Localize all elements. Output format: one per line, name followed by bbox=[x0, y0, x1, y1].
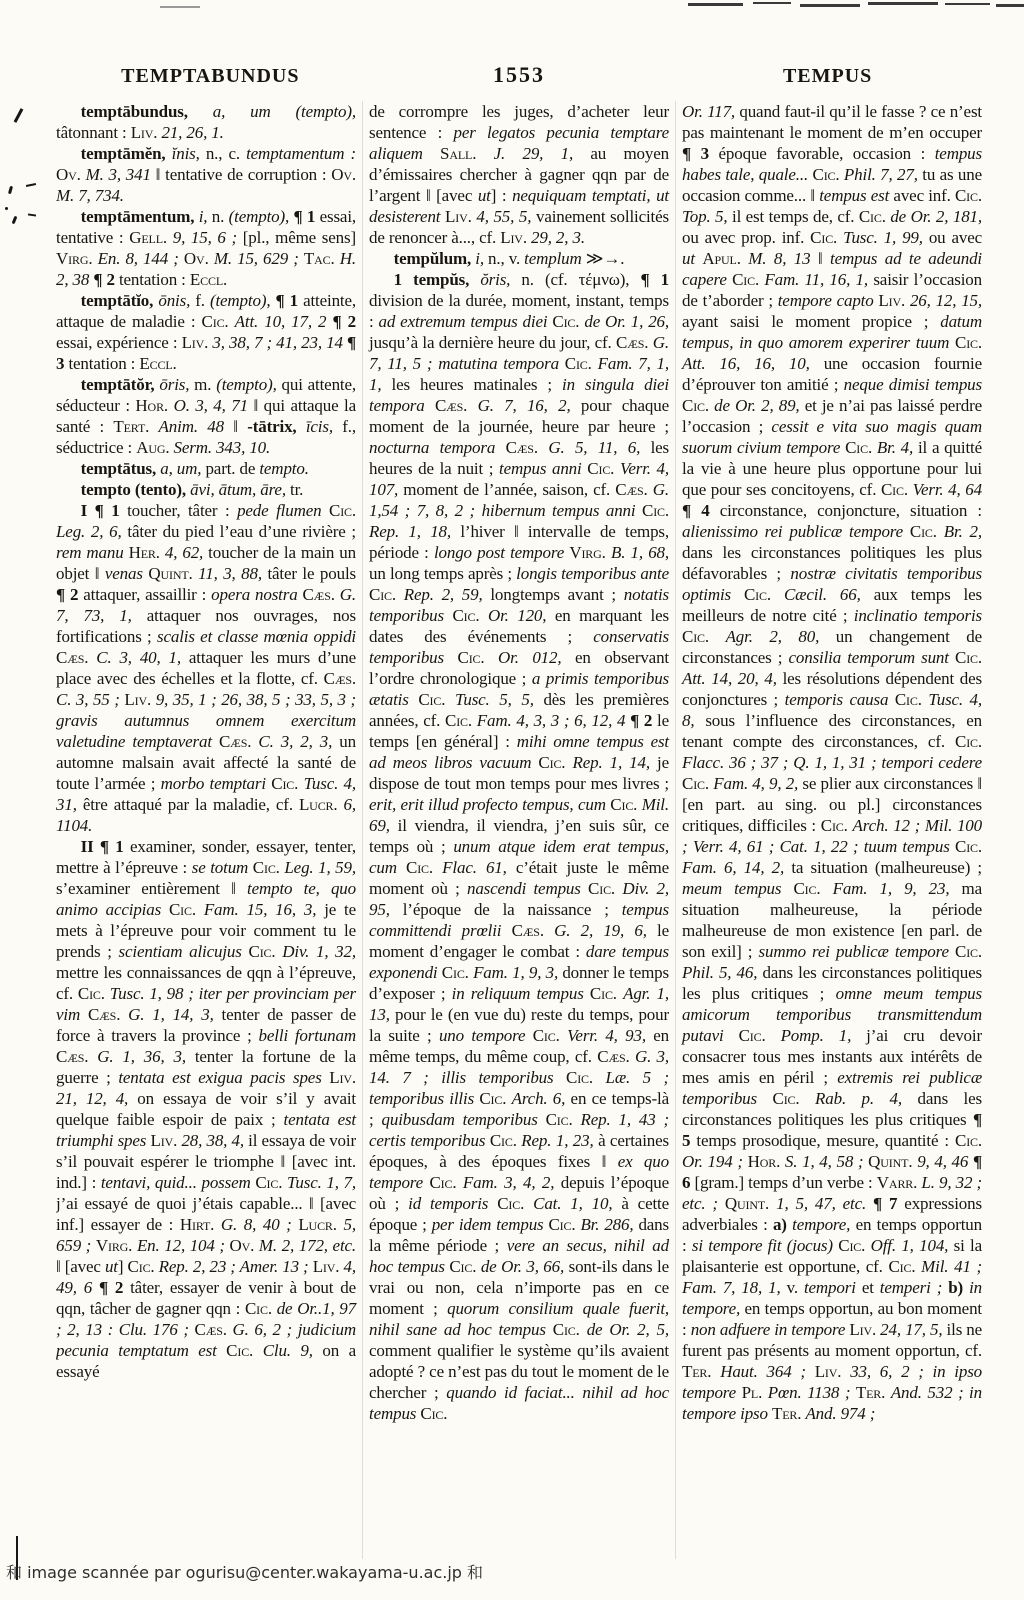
italic-text: alienissimo rei publicæ tempore bbox=[682, 522, 910, 541]
smallcaps-author-text: Cæs. bbox=[219, 732, 258, 751]
dictionary-paragraph: Or. 117, quand faut-il qu’il le fasse ? … bbox=[682, 101, 982, 1424]
italic-text: Rep. 1, 18, bbox=[369, 522, 460, 541]
italic-text: Fam. 4, 3, 3 ; 6, 12, 4 bbox=[477, 711, 630, 730]
smallcaps-author-text: Lucr. bbox=[299, 795, 344, 814]
smallcaps-author-text: Liv. bbox=[124, 690, 155, 709]
smallcaps-author-text: Cic. bbox=[821, 816, 853, 835]
italic-text: 21, 12, 4, bbox=[56, 1089, 137, 1108]
smallcaps-author-text: Cic. bbox=[859, 207, 891, 226]
bold-text: tempŭlum, bbox=[394, 249, 476, 268]
smallcaps-author-text: Quint. bbox=[725, 1194, 776, 1213]
italic-text: tempore capto bbox=[778, 291, 879, 310]
italic-text: per idem tempus bbox=[432, 1215, 549, 1234]
italic-text: īcis, bbox=[306, 417, 342, 436]
dictionary-paragraph: II ¶ 1 examiner, sonder, essayer, tenter… bbox=[56, 836, 356, 1382]
plain-text: tâtonnant : bbox=[56, 123, 131, 142]
smallcaps-author-text: Cæs. bbox=[56, 648, 96, 667]
plain-text: [pl., même sens] bbox=[243, 228, 356, 247]
smallcaps-author-text: Ov. bbox=[230, 1236, 259, 1255]
italic-text: 1, 5, 47, etc. bbox=[776, 1194, 873, 1213]
italic-text: scalis et classe mœnia oppidi bbox=[157, 627, 356, 646]
smallcaps-author-text: Ter. bbox=[856, 1383, 891, 1402]
page-number: 1553 bbox=[365, 62, 674, 88]
smallcaps-author-text: Cic. bbox=[682, 396, 714, 415]
bold-text: temptātĭo, bbox=[81, 291, 159, 310]
italic-text: (tempto), bbox=[216, 375, 281, 394]
smallcaps-author-text: Cic. bbox=[429, 1173, 462, 1192]
italic-text: Tusc. 1, 7, bbox=[287, 1173, 356, 1192]
italic-text: tentata est exigua pacis spes bbox=[118, 1068, 329, 1087]
smallcaps-author-text: Cic. bbox=[838, 1236, 870, 1255]
italic-text: Br. 2, bbox=[944, 522, 982, 541]
smallcaps-author-text: Pl. bbox=[742, 1383, 768, 1402]
scan-artifact bbox=[688, 3, 743, 6]
plain-text: m. bbox=[194, 375, 216, 394]
italic-text: consilia temporum sunt bbox=[788, 648, 955, 667]
smallcaps-author-text: Liv. bbox=[500, 228, 531, 247]
smallcaps-author-text: Cic. bbox=[449, 1257, 480, 1276]
bold-text: temptātŏr, bbox=[81, 375, 160, 394]
italic-text: ĭnis, bbox=[172, 144, 206, 163]
smallcaps-author-text: Ov. bbox=[331, 165, 356, 184]
scan-footer-note: 和 image scannée par ogurisu@center.wakay… bbox=[6, 1560, 483, 1583]
dictionary-paragraph: tempŭlum, i, n., v. templum ≫→. bbox=[369, 248, 669, 269]
italic-text: Tusc. 5, 5, bbox=[455, 690, 543, 709]
smallcaps-author-text: Liv. bbox=[815, 1362, 851, 1381]
plain-text: tâter du pied l’eau d’une rivière ; bbox=[127, 522, 356, 541]
italic-text: non adfuere in tempore bbox=[691, 1320, 850, 1339]
italic-text: de Or. 2, 5, bbox=[587, 1320, 669, 1339]
dictionary-paragraph: temptābundus, a, um (tempto), tâtonnant … bbox=[56, 101, 356, 143]
scan-artifact bbox=[26, 183, 36, 187]
smallcaps-author-text: Cic. bbox=[682, 774, 713, 793]
plain-text: être attaqué par la maladie, cf. bbox=[83, 795, 299, 814]
smallcaps-author-text: Cic. bbox=[329, 501, 356, 520]
italic-text: (tempto), bbox=[210, 291, 276, 310]
italic-text: Fam. 6, 14, 2, bbox=[682, 858, 791, 877]
italic-text: erit, erit illud profecto tempus, cum bbox=[369, 795, 610, 814]
italic-text: 29, 2, 3. bbox=[531, 228, 585, 247]
smallcaps-author-text: Quint. bbox=[868, 1152, 917, 1171]
italic-text: Pœn. 1138 ; bbox=[768, 1383, 856, 1402]
column-1: temptābundus, a, um (tempto), tâtonnant … bbox=[56, 101, 362, 1559]
smallcaps-author-text: Sall. bbox=[440, 144, 494, 163]
scan-artifact bbox=[8, 186, 13, 195]
smallcaps-author-text: Liv. bbox=[849, 1320, 880, 1339]
smallcaps-author-text: Cic. bbox=[548, 1215, 580, 1234]
plain-text: circonstance, conjoncture, situation : bbox=[720, 501, 982, 520]
smallcaps-author-text: Liv. bbox=[878, 291, 910, 310]
plain-text: f. bbox=[195, 291, 210, 310]
italic-text: Rep. 2, 23 ; Amer. 13 ; bbox=[159, 1257, 313, 1276]
italic-text: temperi ; bbox=[880, 1278, 948, 1297]
italic-text: rem manu bbox=[56, 543, 129, 562]
smallcaps-author-text: Her. bbox=[129, 543, 165, 562]
italic-text: Or. 120, bbox=[488, 606, 555, 625]
italic-text: C. 3, 2, 3, bbox=[258, 732, 339, 751]
plain-text: toucher, tâter : bbox=[127, 501, 237, 520]
smallcaps-author-text: Gell. bbox=[129, 228, 173, 247]
italic-text: neque dimisi tempus bbox=[844, 375, 982, 394]
smallcaps-author-text: Quint. bbox=[148, 564, 198, 583]
italic-text: nascendi tempus bbox=[467, 879, 588, 898]
italic-text: Att. 16, 16, 10, bbox=[682, 354, 824, 373]
plain-text: ≫→. bbox=[586, 249, 625, 268]
dictionary-paragraph: temptāmĕn, ĭnis, n., c. temptamentum : O… bbox=[56, 143, 356, 206]
bold-text: ¶ 1 bbox=[641, 270, 670, 289]
smallcaps-author-text: Cic. bbox=[588, 879, 622, 898]
italic-text: inclinatio temporis bbox=[854, 606, 982, 625]
italic-text: Phil. 5, 46, bbox=[682, 963, 762, 982]
italic-text: And. 974 ; bbox=[805, 1404, 875, 1423]
smallcaps-author-text: Eccl. bbox=[190, 270, 227, 289]
italic-text: M. 2, 172, etc. bbox=[259, 1236, 356, 1255]
smallcaps-author-text: Cic. bbox=[552, 312, 584, 331]
plain-text: tr. bbox=[290, 480, 303, 499]
italic-text: 3, 38, 7 ; 41, 23, 14 bbox=[212, 333, 347, 352]
smallcaps-author-text: Cic. bbox=[845, 438, 877, 457]
smallcaps-author-text: Cic. bbox=[732, 270, 764, 289]
italic-text: 4, 62, bbox=[165, 543, 208, 562]
smallcaps-author-text: Cæs. bbox=[597, 1047, 635, 1066]
italic-text: Br. 286, bbox=[580, 1215, 638, 1234]
smallcaps-author-text: Cic. bbox=[955, 942, 982, 961]
smallcaps-author-text: Cic. bbox=[955, 837, 982, 856]
smallcaps-author-text: Cic. bbox=[793, 879, 832, 898]
smallcaps-author-text: Cic. bbox=[245, 1299, 277, 1318]
italic-text: quibusdam temporibus bbox=[382, 1110, 546, 1129]
smallcaps-author-text: Cic. bbox=[744, 585, 784, 604]
plain-text: sous l’influence des circonstances, en t… bbox=[682, 711, 982, 751]
bold-text: ¶ 2 bbox=[630, 711, 657, 730]
plain-text: ou avec bbox=[929, 228, 982, 247]
smallcaps-author-text: Cic. bbox=[682, 627, 726, 646]
smallcaps-author-text: Tac. bbox=[304, 249, 340, 268]
smallcaps-author-text: Cæs. bbox=[616, 333, 653, 352]
smallcaps-author-text: Cic. bbox=[202, 312, 235, 331]
header-right-headword: TEMPUS bbox=[673, 65, 982, 88]
smallcaps-author-text: Cæs. bbox=[435, 396, 478, 415]
italic-text: En. 12, 104 ; bbox=[137, 1236, 230, 1255]
plain-text: essai, expérience : bbox=[56, 333, 182, 352]
bold-text: tempto (tento), bbox=[81, 480, 190, 499]
smallcaps-author-text: Cic. bbox=[538, 753, 572, 772]
plain-text: ‖ bbox=[233, 417, 247, 436]
italic-text: de Or. 1, 26, bbox=[584, 312, 669, 331]
dictionary-paragraph: 1 tempŭs, ŏris, n. (cf. τέμνω), ¶ 1 divi… bbox=[369, 269, 669, 1424]
smallcaps-author-text: Cic. bbox=[553, 1320, 587, 1339]
bold-text: II ¶ 1 bbox=[81, 837, 130, 856]
plain-text: n. (cf. τέμνω), bbox=[521, 270, 640, 289]
italic-text: Fam. 3, 4, 2, bbox=[463, 1173, 561, 1192]
smallcaps-author-text: Liv. bbox=[313, 1257, 344, 1276]
plain-text: et bbox=[862, 1278, 880, 1297]
plain-text: attaquer, assaillir : bbox=[83, 585, 211, 604]
scan-artifact bbox=[996, 4, 1024, 7]
italic-text: Verr. 4, 64 bbox=[913, 480, 982, 499]
smallcaps-author-text: Cic. bbox=[910, 522, 944, 541]
smallcaps-author-text: Cic. bbox=[490, 1131, 521, 1150]
italic-text: opera nostra bbox=[211, 585, 302, 604]
italic-text: templum bbox=[524, 249, 586, 268]
italic-text: 4, 55, 5, bbox=[476, 207, 536, 226]
smallcaps-author-text: Liv. bbox=[151, 1131, 182, 1150]
italic-text: 9, 4, 46 bbox=[917, 1152, 973, 1171]
smallcaps-author-text: Cic. bbox=[479, 1089, 511, 1108]
italic-text: G. 5, 11, 6, bbox=[548, 438, 650, 457]
italic-text: Off. 1, 104, bbox=[871, 1236, 954, 1255]
italic-text: i, bbox=[475, 249, 488, 268]
bold-text: temptātus, bbox=[81, 459, 161, 478]
bold-text: temptābundus, bbox=[81, 102, 213, 121]
italic-text: M. 7, 734. bbox=[56, 186, 124, 205]
italic-text: Fam. 4, 9, 2, bbox=[713, 774, 802, 793]
italic-text: J. 29, 1, bbox=[494, 144, 591, 163]
italic-text: id temporis bbox=[408, 1194, 497, 1213]
italic-text: longis temporibus ante bbox=[516, 564, 669, 583]
scan-artifact bbox=[753, 2, 791, 4]
italic-text: tempori bbox=[804, 1278, 862, 1297]
smallcaps-author-text: Cic. bbox=[955, 732, 982, 751]
plain-text: ‖ tentative de corruption : bbox=[156, 165, 332, 184]
smallcaps-author-text: Cic. bbox=[773, 1089, 816, 1108]
smallcaps-author-text: Cic. bbox=[253, 858, 285, 877]
italic-text: tempus est bbox=[819, 186, 893, 205]
smallcaps-author-text: Cic. bbox=[271, 774, 303, 793]
italic-text: C. 3, 55 ; bbox=[56, 690, 124, 709]
plain-text: il est temps de, cf. bbox=[732, 207, 859, 226]
italic-text: Br. 4, bbox=[877, 438, 918, 457]
column-3: Or. 117, quand faut-il qu’il le fasse ? … bbox=[675, 101, 982, 1559]
italic-text: ut bbox=[105, 1257, 118, 1276]
smallcaps-author-text: Cic. bbox=[369, 585, 404, 604]
italic-text: 24, 17, 5, bbox=[880, 1320, 946, 1339]
italic-text: Rep. 1, 23, bbox=[521, 1131, 598, 1150]
italic-text: Div. 1, 32, bbox=[282, 942, 356, 961]
plain-text: [gram.] temps d’un verbe : bbox=[695, 1173, 877, 1192]
italic-text: Att. 10, 17, 2 bbox=[235, 312, 333, 331]
column-2: de corrompre les juges, d’acheter leur s… bbox=[362, 101, 675, 1559]
smallcaps-author-text: Virg. bbox=[569, 543, 611, 562]
italic-text: pede flumen bbox=[237, 501, 329, 520]
plain-text: tentation : bbox=[119, 270, 190, 289]
bold-text: ¶ 7 bbox=[873, 1194, 904, 1213]
smallcaps-author-text: Cæs. bbox=[302, 585, 339, 604]
dictionary-paragraph: temptātus, a, um, part. de tempto. bbox=[56, 458, 356, 479]
italic-text: in reliquum tempus bbox=[452, 984, 590, 1003]
plain-text: ou avec prop. inf. bbox=[682, 228, 810, 247]
italic-text: Leg. 1, 59, bbox=[284, 858, 356, 877]
plain-text: longtemps avant ; bbox=[490, 585, 623, 604]
italic-text: G. 8, 40 ; bbox=[221, 1215, 298, 1234]
italic-text: 26, 12, 15, bbox=[910, 291, 982, 310]
smallcaps-author-text: Ter. bbox=[682, 1362, 720, 1381]
italic-text: G. 1, 14, 3, bbox=[128, 1005, 221, 1024]
italic-text: 11, 3, 88, bbox=[198, 564, 267, 583]
bold-text: temptāmĕn, bbox=[81, 144, 172, 163]
plain-text: n., c. bbox=[206, 144, 246, 163]
smallcaps-author-text: Cic. bbox=[497, 1194, 533, 1213]
dictionary-paragraph: I ¶ 1 toucher, tâter : pede flumen Cic. … bbox=[56, 500, 356, 836]
smallcaps-author-text: Cæs. bbox=[88, 1005, 128, 1024]
scan-artifact bbox=[12, 216, 18, 225]
italic-text: Clu. 9, bbox=[263, 1341, 323, 1360]
smallcaps-author-text: Cic. bbox=[226, 1341, 263, 1360]
italic-text: nocturna tempora bbox=[369, 438, 506, 457]
italic-text: M. 3, 341 bbox=[86, 165, 156, 184]
bold-text: ¶ 2 bbox=[333, 312, 357, 331]
smallcaps-author-text: Cæs. bbox=[506, 438, 549, 457]
italic-text: Or. 012, bbox=[498, 648, 575, 667]
italic-text: summo rei publicæ tempore bbox=[759, 942, 956, 961]
italic-text: Or. 117, bbox=[682, 102, 739, 121]
smallcaps-author-text: Cic. bbox=[406, 858, 442, 877]
italic-text: Top. 5, bbox=[682, 207, 732, 226]
scan-artifact bbox=[945, 3, 990, 5]
dictionary-paragraph: tempto (tento), āvi, ātum, āre, tr. bbox=[56, 479, 356, 500]
italic-text: Agr. 2, 80, bbox=[726, 627, 836, 646]
italic-text: Att. 14, 20, 4, bbox=[682, 669, 783, 688]
italic-text: 9, 15, 6 ; bbox=[173, 228, 243, 247]
smallcaps-author-text: Cic. bbox=[445, 711, 477, 730]
italic-text: Verr. 4, 93, bbox=[567, 1026, 653, 1045]
italic-text: i, bbox=[199, 207, 212, 226]
italic-text: uno tempore bbox=[439, 1026, 533, 1045]
italic-text: longo post tempore bbox=[434, 543, 569, 562]
smallcaps-author-text: Cic. bbox=[642, 501, 669, 520]
smallcaps-author-text: Cic. bbox=[452, 606, 487, 625]
bold-text: ¶ 2 bbox=[56, 585, 83, 604]
smallcaps-author-text: Cic. bbox=[418, 690, 455, 709]
italic-text: Fam. 15, 16, 3, bbox=[204, 900, 324, 919]
smallcaps-author-text: Ov. bbox=[184, 249, 214, 268]
italic-text: si tempore fit (jocus) bbox=[692, 1236, 838, 1255]
plain-text: n. bbox=[212, 207, 229, 226]
scan-artifact bbox=[28, 213, 36, 216]
smallcaps-author-text: Virg. bbox=[56, 249, 98, 268]
italic-text: ut bbox=[682, 249, 702, 268]
plain-text: ] : bbox=[491, 186, 512, 205]
italic-text: Tusc. 1, 99, bbox=[843, 228, 929, 247]
smallcaps-author-text: Lucr. bbox=[298, 1215, 343, 1234]
italic-text: (tempto), bbox=[229, 207, 294, 226]
scan-artifact bbox=[5, 207, 8, 210]
italic-text: belli fortunam bbox=[259, 1026, 356, 1045]
scan-artifact bbox=[868, 2, 938, 5]
bold-text: ¶ 2 bbox=[93, 270, 119, 289]
smallcaps-author-text: Liv. bbox=[445, 207, 476, 226]
italic-text: Arch. 6, bbox=[512, 1089, 571, 1108]
italic-text: temptamentum : bbox=[246, 144, 356, 163]
smallcaps-author-text: Cic. bbox=[590, 984, 623, 1003]
italic-text: scientiam alicujus bbox=[119, 942, 249, 961]
smallcaps-author-text: Liv. bbox=[182, 333, 213, 352]
smallcaps-author-text: Cic. bbox=[587, 459, 620, 478]
italic-text: tempus anni bbox=[499, 459, 587, 478]
bold-text: -tātrix, bbox=[247, 417, 306, 436]
dictionary-paragraph: temptātĭo, ōnis, f. (tempto), ¶ 1 attein… bbox=[56, 290, 356, 374]
plain-text: ‖ bbox=[818, 249, 830, 268]
italic-text: Anim. 48 bbox=[159, 417, 234, 436]
plain-text: ayant saisi le moment propice ; bbox=[682, 312, 940, 331]
italic-text: Fam. 11, 16, 1, bbox=[764, 270, 873, 289]
italic-text: Or. 194 ; bbox=[682, 1152, 748, 1171]
bold-text: ¶ 1 bbox=[276, 291, 304, 310]
smallcaps-author-text: Cic. bbox=[888, 1257, 921, 1276]
smallcaps-author-text: Cic. bbox=[169, 900, 204, 919]
plain-text: l’époque de la naissance ; bbox=[403, 900, 622, 919]
smallcaps-author-text: Cic. bbox=[458, 648, 499, 667]
smallcaps-author-text: Cic. bbox=[566, 1068, 606, 1087]
italic-text: Fam. 1, 9, 3, bbox=[473, 963, 562, 982]
plain-text: ta situation (malheureuse) ; bbox=[791, 858, 982, 877]
plain-text: ] bbox=[118, 1257, 128, 1276]
italic-text: tentavi, quid... possem bbox=[101, 1173, 255, 1192]
italic-text: a, um, bbox=[160, 459, 205, 478]
plain-text: avec inf. bbox=[893, 186, 955, 205]
italic-text: 21, 26, 1. bbox=[161, 123, 223, 142]
smallcaps-author-text: Apul. bbox=[702, 249, 748, 268]
italic-text: G. 1, 36, 3, bbox=[97, 1047, 195, 1066]
italic-text: ōris, bbox=[159, 375, 194, 394]
smallcaps-author-text: Cic. bbox=[565, 354, 598, 373]
smallcaps-author-text: Cic. bbox=[128, 1257, 159, 1276]
italic-text: En. 8, 144 ; bbox=[98, 249, 184, 268]
italic-text: M. 15, 629 ; bbox=[214, 249, 304, 268]
scan-artifact bbox=[160, 6, 200, 8]
italic-text: meum tempus bbox=[682, 879, 793, 898]
smallcaps-author-text: Cæs. bbox=[195, 1320, 233, 1339]
plain-text: v. bbox=[787, 1278, 804, 1297]
smallcaps-author-text: Hirt. bbox=[180, 1215, 221, 1234]
italic-text: ŏris, bbox=[480, 270, 521, 289]
smallcaps-author-text: Cic. bbox=[955, 333, 982, 352]
smallcaps-author-text: Cic. bbox=[955, 186, 982, 205]
bold-text: ¶ 1 bbox=[293, 207, 319, 226]
italic-text: de Or. 2, 181, bbox=[890, 207, 982, 226]
smallcaps-author-text: Cic. bbox=[955, 648, 982, 667]
smallcaps-author-text: Tert. bbox=[113, 417, 158, 436]
bold-text: b) bbox=[948, 1278, 969, 1297]
smallcaps-author-text: Ov. bbox=[56, 165, 86, 184]
italic-text: temporis causa bbox=[785, 690, 895, 709]
italic-text: M. 8, 13 bbox=[748, 249, 818, 268]
smallcaps-author-text: Liv. bbox=[131, 123, 162, 142]
italic-text: Rab. p. 4, bbox=[815, 1089, 917, 1108]
smallcaps-author-text: Virg. bbox=[96, 1236, 137, 1255]
smallcaps-author-text: Cic. bbox=[813, 165, 844, 184]
italic-text: G. 7, 16, 2, bbox=[478, 396, 581, 415]
smallcaps-author-text: Cæs. bbox=[615, 480, 652, 499]
smallcaps-author-text: Cæs. bbox=[56, 1047, 97, 1066]
smallcaps-author-text: Cic. bbox=[255, 1173, 287, 1192]
italic-text: Leg. 2, 6, bbox=[56, 522, 127, 541]
italic-text: Phil. 7, 27, bbox=[844, 165, 922, 184]
smallcaps-author-text: Cic. bbox=[739, 1026, 781, 1045]
smallcaps-author-text: Hor. bbox=[135, 396, 173, 415]
smallcaps-author-text: Cic. bbox=[442, 963, 473, 982]
smallcaps-author-text: Hor. bbox=[748, 1152, 785, 1171]
plain-text: ‖ [avec bbox=[56, 1257, 105, 1276]
page-header: TEMPTABUNDUS 1553 TEMPUS bbox=[56, 62, 982, 88]
smallcaps-author-text: Varr. bbox=[877, 1173, 922, 1192]
italic-text: de Or. 2, 89, bbox=[714, 396, 805, 415]
smallcaps-author-text: Aug. bbox=[136, 438, 173, 457]
plain-text: s’examiner entièrement ‖ bbox=[56, 879, 247, 898]
italic-text: O. 3, 4, 71 bbox=[174, 396, 254, 415]
italic-text: Flac. 61, bbox=[442, 858, 516, 877]
smallcaps-author-text: Cic. bbox=[249, 942, 283, 961]
